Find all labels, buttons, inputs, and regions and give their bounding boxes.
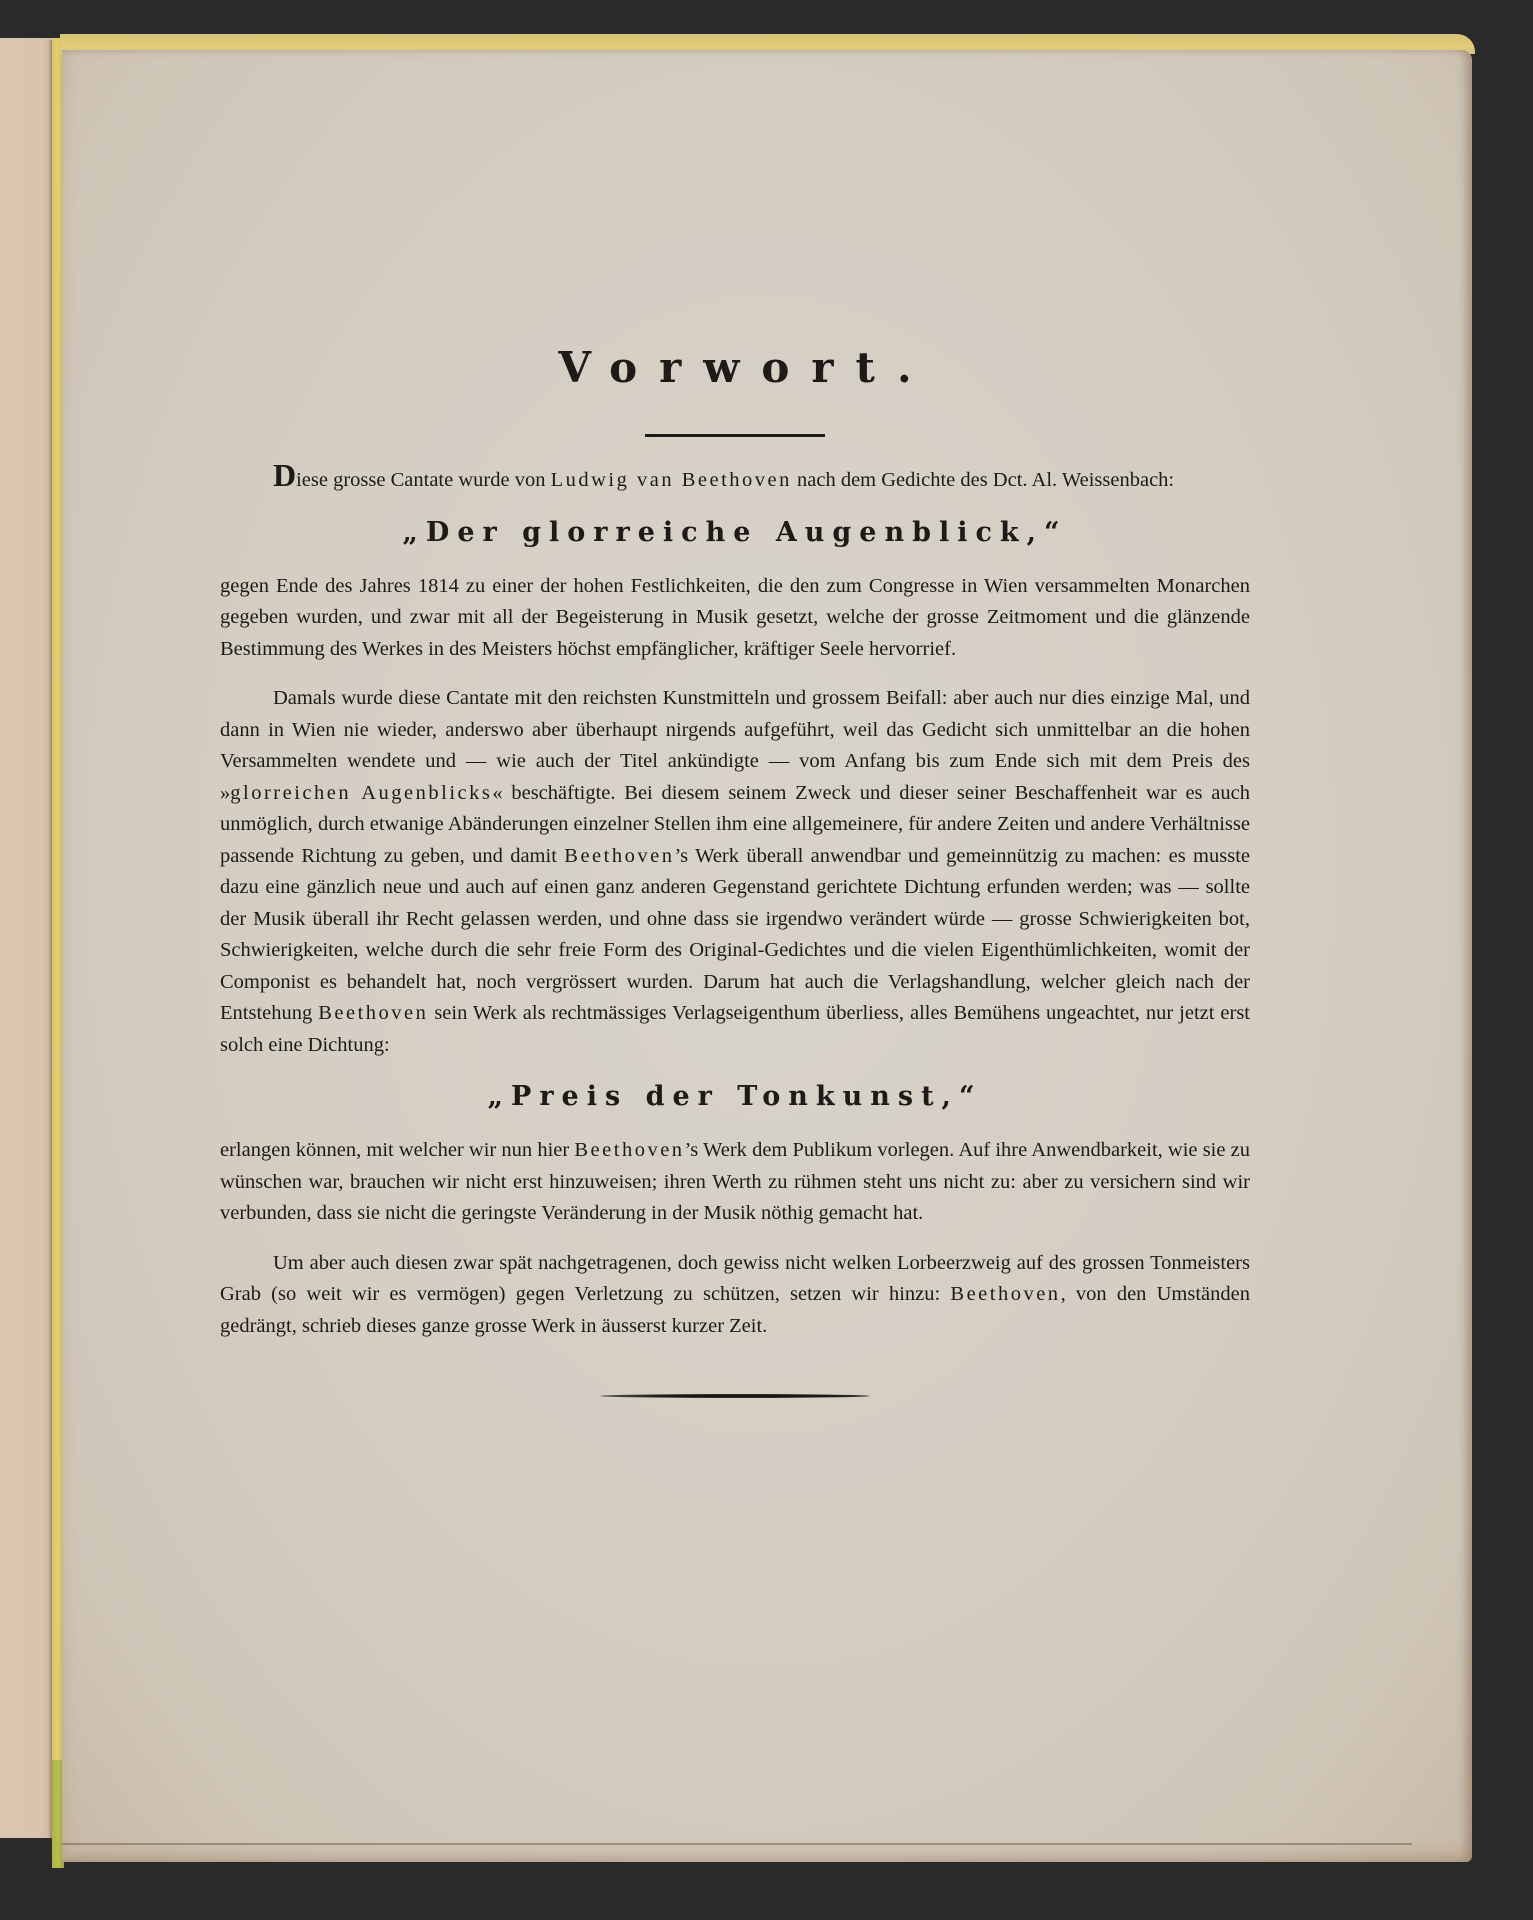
composer-name: Beethoven: [564, 845, 674, 867]
paragraph-gap: [220, 1230, 1250, 1248]
paragraph-presentation: erlangen können, mit welcher wir nun hie…: [220, 1135, 1250, 1230]
paragraph-occasion: gegen Ende des Jahres 1814 zu einer der …: [220, 571, 1250, 666]
new-title-heading: „Preis der Tonkunst,“: [220, 1077, 1250, 1117]
composer-name: Beethoven: [950, 1283, 1060, 1305]
paragraph-text: ’s Werk überall anwendbar und gemeinnütz…: [220, 845, 1250, 1025]
paragraph-text: iese grosse Cantate wurde von: [296, 469, 550, 491]
paragraph-text: erlangen können, mit welcher wir nun hie…: [220, 1139, 574, 1161]
closing-ornament-rule: [600, 1394, 870, 1398]
paragraph-text: nach dem Gedichte des Dct. Al. Weissenba…: [792, 469, 1174, 491]
quoted-title: glorreichen Augenblicks: [230, 782, 492, 804]
page-content: Vorwort. Diese grosse Cantate wurde von …: [220, 340, 1250, 1398]
page-bottom-edge: [62, 1843, 1412, 1845]
original-title-heading: „Der glorreiche Augenblick,“: [220, 513, 1250, 553]
paragraph-gap: [220, 665, 1250, 683]
facing-page-edge: [0, 38, 52, 1838]
paragraph-history: Damals wurde diese Cantate mit den reich…: [220, 683, 1250, 1061]
initial-letter: D: [273, 457, 296, 493]
page-title: Vorwort.: [220, 340, 1250, 396]
title-rule: [645, 434, 825, 437]
composer-name: Ludwig van Beethoven: [551, 469, 792, 491]
paragraph-intro: Diese grosse Cantate wurde von Ludwig va…: [220, 465, 1250, 497]
paragraph-closing: Um aber auch diesen zwar spät nachgetrag…: [220, 1248, 1250, 1343]
composer-name: Beethoven: [574, 1139, 684, 1161]
composer-name: Beethoven: [318, 1002, 428, 1024]
